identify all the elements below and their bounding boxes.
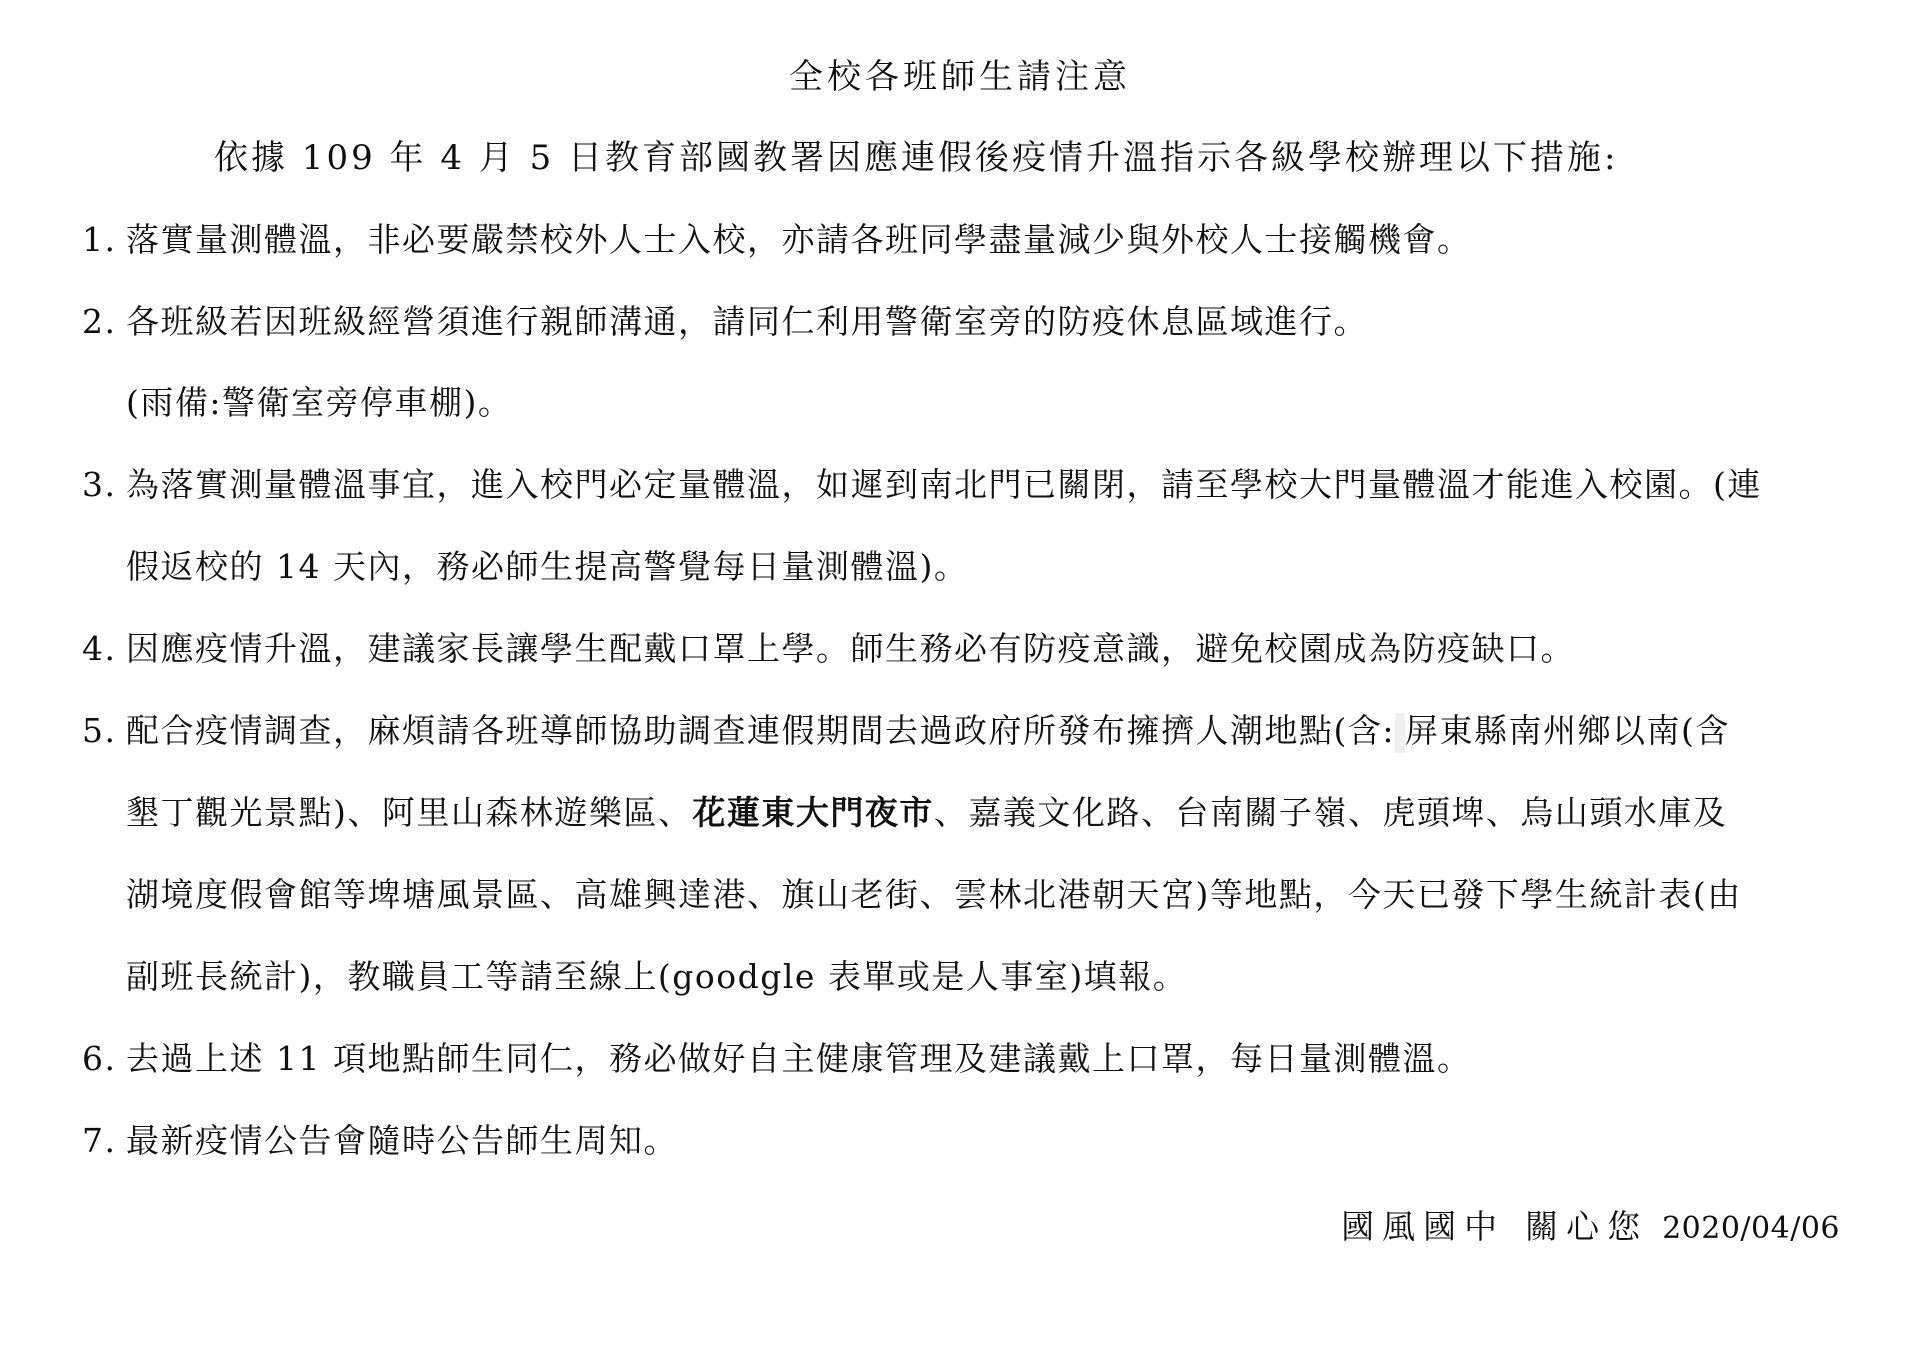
list-item-1: 1.落實量測體溫，非必要嚴禁校外人士入校，亦請各班同學盡量減少與外校人士接觸機會…	[82, 215, 1472, 265]
item-text: 去過上述 11 項地點師生同仁，務必做好自主健康管理及建議戴上口罩，每日量測體溫…	[126, 1039, 1471, 1078]
closing-text: 關心您	[1525, 1207, 1648, 1246]
list-item-6: 6.去過上述 11 項地點師生同仁，務必做好自主健康管理及建議戴上口罩，每日量測…	[82, 1034, 1471, 1084]
item-text: 為落實測量體溫事宜，進入校門必定量體溫，如遲到南北門已關閉，請至學校大門量體溫才…	[126, 465, 1762, 504]
organization-name: 國風國中	[1341, 1207, 1505, 1246]
item-text: 墾丁觀光景點)、阿里山森林遊樂區、	[126, 793, 692, 832]
item-number: 6.	[82, 1034, 126, 1084]
bold-location-text: 花蓮東大門夜市	[692, 793, 934, 832]
item-text: 因應疫情升溫，建議家長讓學生配戴口罩上學。師生務必有防疫意識，避免校園成為防疫缺…	[126, 629, 1575, 668]
item-text: 副班長統計)，教職員工等請至線上(goodgle 表單或是人事室)填報。	[126, 957, 1187, 996]
list-item-4: 4.因應疫情升溫，建議家長讓學生配戴口罩上學。師生務必有防疫意識，避免校園成為防…	[82, 624, 1575, 674]
signature: 國風國中關心您2020/04/06	[1341, 1202, 1840, 1254]
item-number: 5.	[82, 706, 126, 756]
item-text: 配合疫情調查，麻煩請各班導師協助調查連假期間去過政府所發布擁擠人潮地點(含:	[126, 711, 1395, 750]
item-text: 最新疫情公告會隨時公告師生周知。	[126, 1121, 678, 1160]
list-item-5-continuation-1: 墾丁觀光景點)、阿里山森林遊樂區、花蓮東大門夜市、嘉義文化路、台南關子嶺、虎頭埤…	[126, 788, 1727, 838]
list-item-2: 2.各班級若因班級經營須進行親師溝通，請同仁利用警衛室旁的防疫休息區域進行。	[82, 297, 1368, 347]
item-number: 3.	[82, 460, 126, 510]
list-item-5: 5.配合疫情調查，麻煩請各班導師協助調查連假期間去過政府所發布擁擠人潮地點(含:…	[82, 706, 1730, 756]
highlight-mark	[1395, 713, 1405, 753]
item-text: 假返校的 14 天內，務必師生提高警覺每日量測體溫)。	[126, 547, 968, 586]
item-text: 、嘉義文化路、台南關子嶺、虎頭埤、烏山頭水庫及	[934, 793, 1728, 832]
notice-document: 全校各班師生請注意 依據 109 年 4 月 5 日教育部國教署因應連假後疫情升…	[0, 0, 1920, 1358]
item-number: 4.	[82, 624, 126, 674]
item-text: 落實量測體溫，非必要嚴禁校外人士入校，亦請各班同學盡量減少與外校人士接觸機會。	[126, 220, 1472, 259]
list-item-5-continuation-3: 副班長統計)，教職員工等請至線上(goodgle 表單或是人事室)填報。	[126, 952, 1187, 1002]
item-text: 各班級若因班級經營須進行親師溝通，請同仁利用警衛室旁的防疫休息區域進行。	[126, 302, 1368, 341]
item-number: 7.	[82, 1116, 126, 1166]
item-number: 1.	[82, 215, 126, 265]
item-text: 湖境度假會館等埤塘風景區、高雄興達港、旗山老街、雲林北港朝天宮)等地點，今天已發…	[126, 875, 1742, 914]
item-text: (雨備:警衛室旁停車棚)。	[126, 383, 512, 422]
list-item-5-continuation-2: 湖境度假會館等埤塘風景區、高雄興達港、旗山老街、雲林北港朝天宮)等地點，今天已發…	[126, 870, 1742, 920]
intro-paragraph: 依據 109 年 4 月 5 日教育部國教署因應連假後疫情升溫指示各級學校辦理以…	[214, 133, 1814, 183]
list-item-3: 3.為落實測量體溫事宜，進入校門必定量體溫，如遲到南北門已關閉，請至學校大門量體…	[82, 460, 1762, 510]
date: 2020/04/06	[1662, 1211, 1840, 1246]
item-text: 屏東縣南州鄉以南(含	[1405, 711, 1730, 750]
document-title: 全校各班師生請注意	[0, 52, 1920, 102]
list-item-2-continuation: (雨備:警衛室旁停車棚)。	[126, 378, 512, 428]
list-item-3-continuation: 假返校的 14 天內，務必師生提高警覺每日量測體溫)。	[126, 542, 968, 592]
item-number: 2.	[82, 297, 126, 347]
list-item-7: 7.最新疫情公告會隨時公告師生周知。	[82, 1116, 678, 1166]
